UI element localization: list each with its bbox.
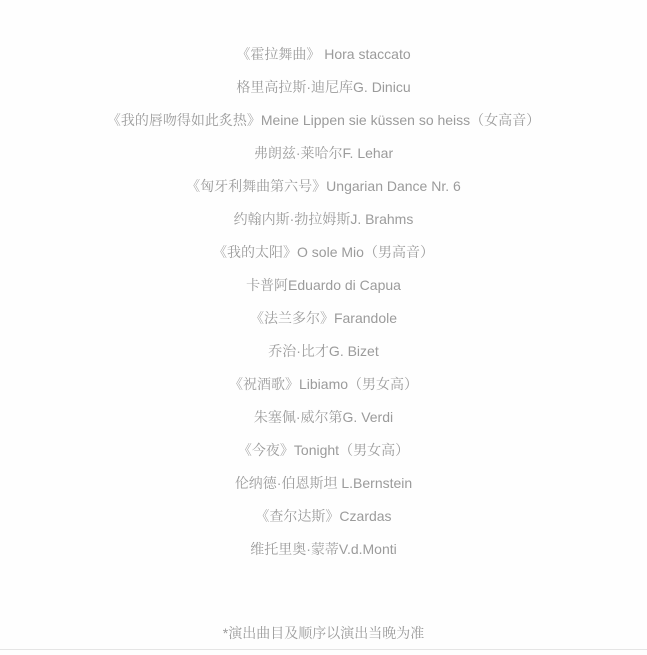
composer-name: 维托里奥·蒙蒂V.d.Monti	[0, 533, 647, 566]
piece-title: 《我的唇吻得如此炙热》Meine Lippen sie küssen so he…	[0, 104, 647, 137]
composer-name: 乔治·比才G. Bizet	[0, 335, 647, 368]
concert-program-page: 《霍拉舞曲》 Hora staccato 格里高拉斯·迪尼库G. Dinicu …	[0, 0, 647, 655]
composer-name: 卡普阿Eduardo di Capua	[0, 269, 647, 302]
piece-title: 《匈牙利舞曲第六号》Ungarian Dance Nr. 6	[0, 170, 647, 203]
program-footnote: *演出曲目及顺序以演出当晚为准	[0, 617, 647, 650]
piece-title: 《祝酒歌》Libiamo（男女高）	[0, 368, 647, 401]
bottom-divider	[0, 649, 647, 650]
piece-title: 《我的太阳》O sole Mio（男高音）	[0, 236, 647, 269]
program-list: 《霍拉舞曲》 Hora staccato 格里高拉斯·迪尼库G. Dinicu …	[0, 0, 647, 566]
piece-title: 《查尔达斯》Czardas	[0, 500, 647, 533]
composer-name: 弗朗兹·莱哈尔F. Lehar	[0, 137, 647, 170]
piece-title: 《霍拉舞曲》 Hora staccato	[0, 38, 647, 71]
piece-title: 《今夜》Tonight（男女高）	[0, 434, 647, 467]
composer-name: 伦纳德·伯恩斯坦 L.Bernstein	[0, 467, 647, 500]
piece-title: 《法兰多尔》Farandole	[0, 302, 647, 335]
composer-name: 约翰内斯·勃拉姆斯J. Brahms	[0, 203, 647, 236]
composer-name: 格里高拉斯·迪尼库G. Dinicu	[0, 71, 647, 104]
composer-name: 朱塞佩·威尔第G. Verdi	[0, 401, 647, 434]
